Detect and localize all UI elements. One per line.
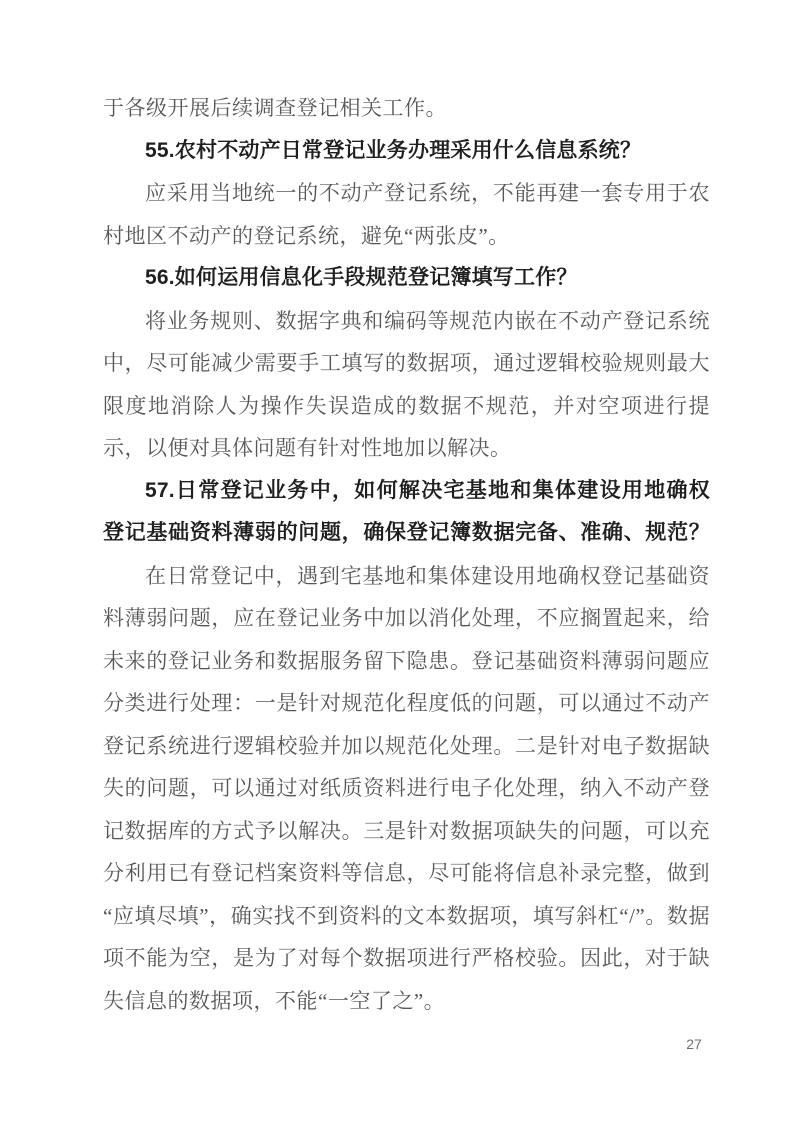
paragraph-line: “应填尽填”，确实找不到资料的文本数据项，填写斜杠“/”。数据	[103, 895, 710, 938]
page-number: 27	[676, 1036, 712, 1052]
paragraph-line: 分利用已有登记档案资料等信息，尽可能将信息补录完整，做到	[103, 852, 710, 895]
question-57-heading-line-1: 57.日常登记业务中，如何解决宅基地和集体建设用地确权	[103, 470, 710, 513]
paragraph-line: 料薄弱问题，应在登记业务中加以消化处理，不应搁置起来，给	[103, 597, 710, 640]
paragraph-line: 记数据库的方式予以解决。三是针对数据项缺失的问题，可以充	[103, 810, 710, 853]
paragraph-line: 限度地消除人为操作失误造成的数据不规范，并对空项进行提	[103, 385, 710, 428]
paragraph-line: 失信息的数据项，不能“一空了之”。	[103, 980, 710, 1023]
question-56: 56.如何运用信息化手段规范登记簿填写工作？	[103, 257, 710, 300]
paragraph-line: 于各级开展后续调查登记相关工作。	[103, 87, 710, 130]
question-55: 55.农村不动产日常登记业务办理采用什么信息系统？	[103, 130, 710, 173]
paragraph-continuation: 于各级开展后续调查登记相关工作。	[103, 87, 710, 130]
paragraph-line: 在日常登记中，遇到宅基地和集体建设用地确权登记基础资	[103, 555, 710, 598]
answer-56-paragraph: 将业务规则、数据字典和编码等规范内嵌在不动产登记系统 中，尽可能减少需要手工填写…	[103, 300, 710, 470]
question-56-heading: 56.如何运用信息化手段规范登记簿填写工作？	[103, 257, 710, 300]
document-page: 于各级开展后续调查登记相关工作。 55.农村不动产日常登记业务办理采用什么信息系…	[0, 0, 800, 1131]
paragraph-line: 将业务规则、数据字典和编码等规范内嵌在不动产登记系统	[103, 300, 710, 343]
paragraph-line: 失的问题，可以通过对纸质资料进行电子化处理，纳入不动产登	[103, 767, 710, 810]
paragraph-line: 登记系统进行逻辑校验并加以规范化处理。二是针对电子数据缺	[103, 725, 710, 768]
document-content: 于各级开展后续调查登记相关工作。 55.农村不动产日常登记业务办理采用什么信息系…	[103, 87, 710, 1022]
paragraph-line: 未来的登记业务和数据服务留下隐患。登记基础资料薄弱问题应	[103, 640, 710, 683]
paragraph-line: 中，尽可能减少需要手工填写的数据项，通过逻辑校验规则最大	[103, 342, 710, 385]
question-57: 57.日常登记业务中，如何解决宅基地和集体建设用地确权 登记基础资料薄弱的问题，…	[103, 470, 710, 555]
question-57-heading-line-2: 登记基础资料薄弱的问题，确保登记簿数据完备、准确、规范？	[103, 512, 710, 555]
paragraph-line: 应采用当地统一的不动产登记系统，不能再建一套专用于农	[103, 172, 710, 215]
paragraph-line: 示，以便对具体问题有针对性地加以解决。	[103, 427, 710, 470]
paragraph-line: 村地区不动产的登记系统，避免“两张皮”。	[103, 215, 710, 258]
answer-55-paragraph: 应采用当地统一的不动产登记系统，不能再建一套专用于农 村地区不动产的登记系统，避…	[103, 172, 710, 257]
paragraph-line: 项不能为空，是为了对每个数据项进行严格校验。因此，对于缺	[103, 937, 710, 980]
paragraph-line: 分类进行处理：一是针对规范化程度低的问题，可以通过不动产	[103, 682, 710, 725]
question-55-heading: 55.农村不动产日常登记业务办理采用什么信息系统？	[103, 130, 710, 173]
answer-57-paragraph: 在日常登记中，遇到宅基地和集体建设用地确权登记基础资 料薄弱问题，应在登记业务中…	[103, 555, 710, 1023]
